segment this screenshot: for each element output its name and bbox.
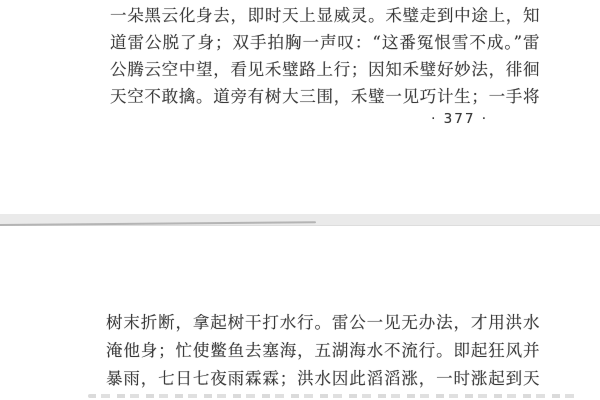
- text-line: 暴雨，七日七夜雨霖霖；洪水因此滔滔涨，一时涨起到天: [106, 365, 540, 393]
- bottom-page-text-block: 树末折断，拿起树干打水行。雷公一见无办法，才用洪水 淹他身；忙使鳖鱼去塞海，五湖…: [106, 309, 540, 393]
- page-number: · 377 ·: [110, 111, 488, 127]
- text-line: 树末折断，拿起树干打水行。雷公一见无办法，才用洪水: [106, 309, 540, 337]
- clipped-text-line: [88, 394, 578, 398]
- text-line: 公腾云空中望，看见禾璧路上行；因知禾璧好妙法，徘徊: [110, 56, 540, 83]
- text-line: 天空不敢擒。道旁有树大三围，禾璧一见巧计生；一手将: [110, 83, 540, 110]
- scanned-book-spread: 一朵黑云化身去，即时天上显威灵。禾璧走到中途上，知 道雷公脱了身；双手拍胸一声叹…: [0, 0, 600, 400]
- text-line: 淹他身；忙使鳖鱼去塞海，五湖海水不流行。即起狂风并: [106, 337, 540, 365]
- text-line: 一朵黑云化身去，即时天上显威灵。禾璧走到中途上，知: [110, 2, 540, 29]
- top-page-text-block: 一朵黑云化身去，即时天上显威灵。禾璧走到中途上，知 道雷公脱了身；双手拍胸一声叹…: [110, 2, 540, 110]
- text-line: 道雷公脱了身；双手拍胸一声叹：“这番冤恨雪不成。”雷: [110, 29, 540, 56]
